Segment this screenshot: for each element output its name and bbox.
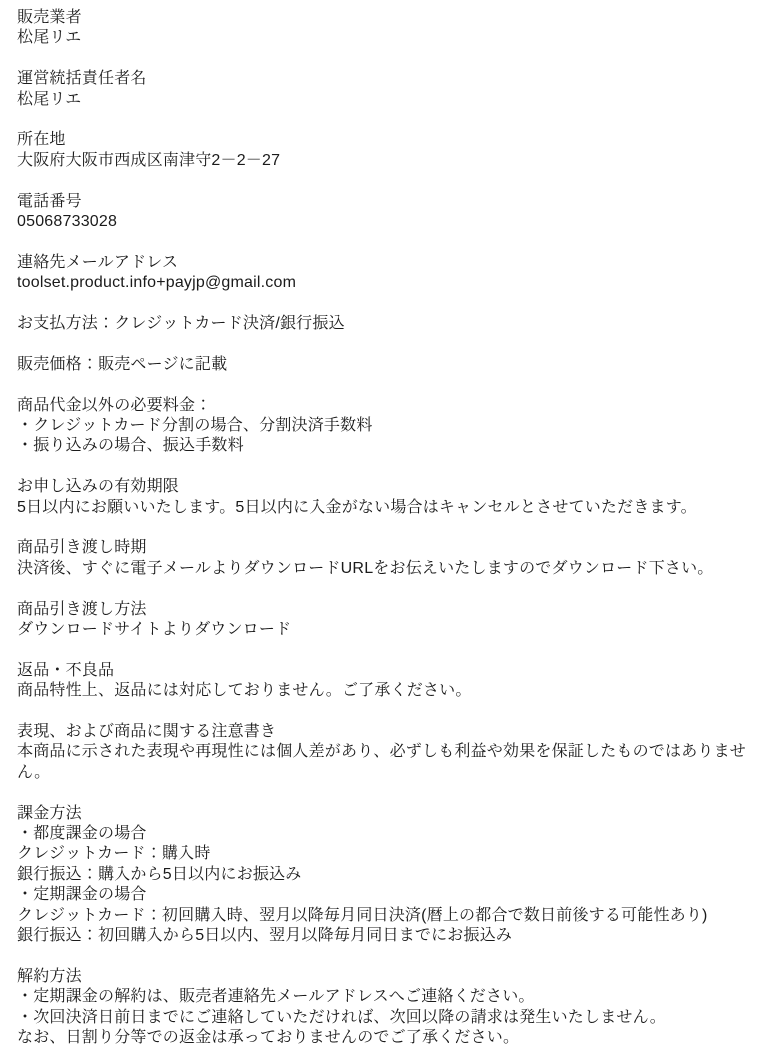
- section-expression-disclaimer: 表現、および商品に関する注意書き 本商品に示された表現や再現性には個人差があり、…: [17, 722, 768, 783]
- billing-subscription-bank: 銀行振込：初回購入から5日以内、翌月以降毎月同日までにお振込み: [17, 926, 768, 946]
- section-seller: 販売業者 松尾リエ: [17, 8, 768, 49]
- section-returns-defective: 返品・不良品 商品特性上、返品には対応しておりません。ご了承ください。: [17, 661, 768, 702]
- sales-disclosure-document: 販売業者 松尾リエ 運営統括責任者名 松尾リエ 所在地 大阪府大阪市西成区南津守…: [0, 0, 782, 1059]
- contact-email-label: 連絡先メールアドレス: [17, 253, 768, 273]
- expression-disclaimer-text: 本商品に示された表現や再現性には個人差があり、必ずしも利益や効果を保証したもので…: [17, 742, 768, 783]
- application-validity-label: お申し込みの有効期限: [17, 477, 768, 497]
- address-label: 所在地: [17, 130, 768, 150]
- billing-subscription-label: ・定期課金の場合: [17, 885, 768, 905]
- additional-fees-item-transfer: ・振り込みの場合、振込手数料: [17, 436, 768, 456]
- section-phone: 電話番号 05068733028: [17, 192, 768, 233]
- returns-defective-label: 返品・不良品: [17, 661, 768, 681]
- section-additional-fees: 商品代金以外の必要料金： ・クレジットカード分割の場合、分割決済手数料 ・振り込…: [17, 396, 768, 457]
- billing-onetime-bank: 銀行振込：購入から5日以内にお振込み: [17, 865, 768, 885]
- billing-onetime-card: クレジットカード：購入時: [17, 844, 768, 864]
- operations-manager-value: 松尾リエ: [17, 90, 768, 110]
- expression-disclaimer-label: 表現、および商品に関する注意書き: [17, 722, 768, 742]
- additional-fees-label: 商品代金以外の必要料金：: [17, 396, 768, 416]
- section-payment-method: お支払方法：クレジットカード決済/銀行振込: [17, 314, 768, 334]
- billing-onetime-label: ・都度課金の場合: [17, 824, 768, 844]
- delivery-time-label: 商品引き渡し時期: [17, 538, 768, 558]
- billing-subscription-card: クレジットカード：初回購入時、翌月以降毎月同日決済(暦上の都合で数日前後する可能…: [17, 906, 768, 926]
- operations-manager-label: 運営統括責任者名: [17, 69, 768, 89]
- address-value: 大阪府大阪市西成区南津守2－2－27: [17, 151, 768, 171]
- seller-value: 松尾リエ: [17, 28, 768, 48]
- phone-label: 電話番号: [17, 192, 768, 212]
- section-contact-email: 連絡先メールアドレス toolset.product.info+payjp@gm…: [17, 253, 768, 294]
- section-cancellation-method: 解約方法 ・定期課金の解約は、販売者連絡先メールアドレスへご連絡ください。 ・次…: [17, 967, 768, 1049]
- application-validity-text: 5日以内にお願いいたします。5日以内に入金がない場合はキャンセルとさせていただき…: [17, 498, 768, 518]
- contact-email-value: toolset.product.info+payjp@gmail.com: [17, 273, 768, 293]
- price-line: 販売価格：販売ページに記載: [17, 355, 768, 375]
- returns-defective-text: 商品特性上、返品には対応しておりません。ご了承ください。: [17, 681, 768, 701]
- cancellation-deadline-text: ・次回決済日前日までにご連絡していただければ、次回以降の請求は発生いたしません。: [17, 1008, 768, 1028]
- seller-label: 販売業者: [17, 8, 768, 28]
- cancellation-contact-text: ・定期課金の解約は、販売者連絡先メールアドレスへご連絡ください。: [17, 987, 768, 1007]
- additional-fees-item-card: ・クレジットカード分割の場合、分割決済手数料: [17, 416, 768, 436]
- cancellation-method-label: 解約方法: [17, 967, 768, 987]
- delivery-method-label: 商品引き渡し方法: [17, 600, 768, 620]
- cancellation-refund-text: なお、日割り分等での返金は承っておりませんのでご了承ください。: [17, 1028, 768, 1048]
- section-price: 販売価格：販売ページに記載: [17, 355, 768, 375]
- delivery-time-text: 決済後、すぐに電子メールよりダウンロードURLをお伝えいたしますのでダウンロード…: [17, 559, 768, 579]
- phone-value: 05068733028: [17, 212, 768, 232]
- section-application-validity: お申し込みの有効期限 5日以内にお願いいたします。5日以内に入金がない場合はキャ…: [17, 477, 768, 518]
- payment-method-line: お支払方法：クレジットカード決済/銀行振込: [17, 314, 768, 334]
- delivery-method-text: ダウンロードサイトよりダウンロード: [17, 620, 768, 640]
- billing-method-label: 課金方法: [17, 804, 768, 824]
- section-delivery-method: 商品引き渡し方法 ダウンロードサイトよりダウンロード: [17, 600, 768, 641]
- section-delivery-time: 商品引き渡し時期 決済後、すぐに電子メールよりダウンロードURLをお伝えいたしま…: [17, 538, 768, 579]
- section-operations-manager: 運営統括責任者名 松尾リエ: [17, 69, 768, 110]
- section-address: 所在地 大阪府大阪市西成区南津守2－2－27: [17, 130, 768, 171]
- section-billing-method: 課金方法 ・都度課金の場合 クレジットカード：購入時 銀行振込：購入から5日以内…: [17, 804, 768, 947]
